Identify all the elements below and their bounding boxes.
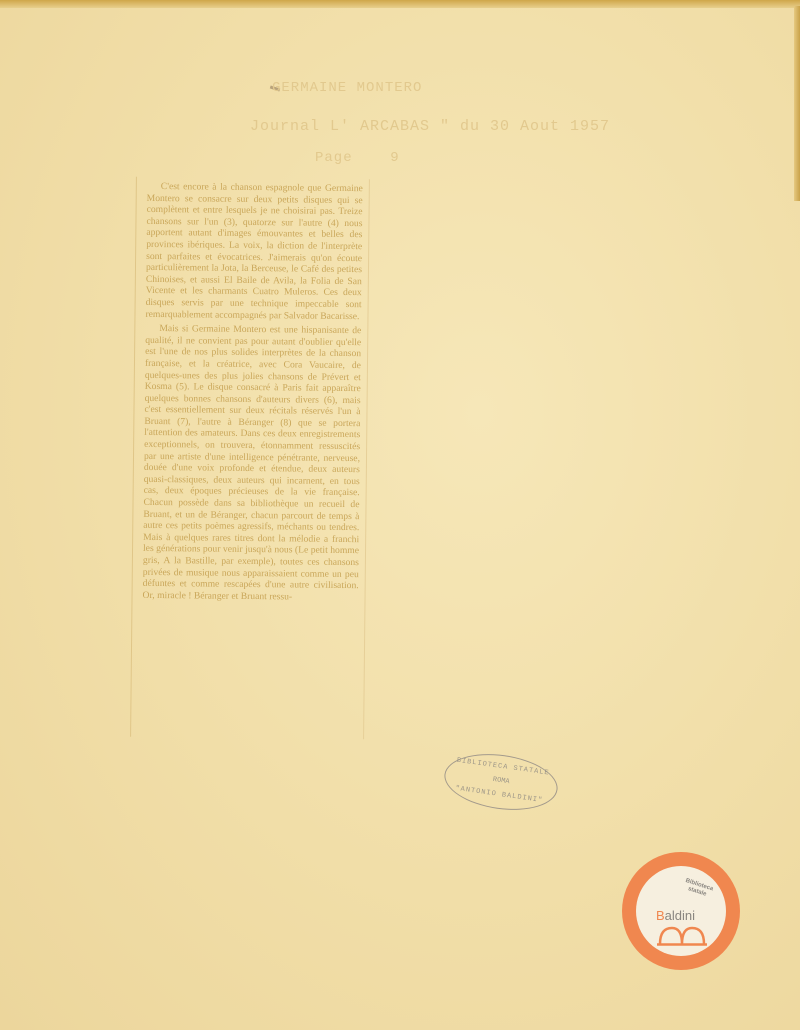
article-text: C'est encore à la chanson espagnole que … (142, 181, 362, 607)
subject-name: GERMAINE MONTERO (272, 80, 422, 96)
logo-subtitle: Biblioteca statale (679, 877, 718, 901)
logo-name: Baldini (656, 908, 695, 923)
paper-right-edge (794, 6, 800, 201)
page-number: Page 9 (315, 150, 400, 166)
source-line: Journal L' ARCABAS " du 30 Aout 1957 (250, 118, 610, 135)
logo-inner-circle: Biblioteca statale Baldini (636, 866, 726, 956)
open-book-icon (656, 926, 708, 946)
paper-top-edge (0, 0, 800, 8)
article-paragraph-1: C'est encore à la chanson espagnole que … (145, 181, 362, 322)
newspaper-clipping: C'est encore à la chanson espagnole que … (130, 177, 370, 739)
article-paragraph-2: Mais si Germaine Montero est une hispani… (142, 323, 361, 603)
baldini-logo: Biblioteca statale Baldini (622, 852, 740, 970)
